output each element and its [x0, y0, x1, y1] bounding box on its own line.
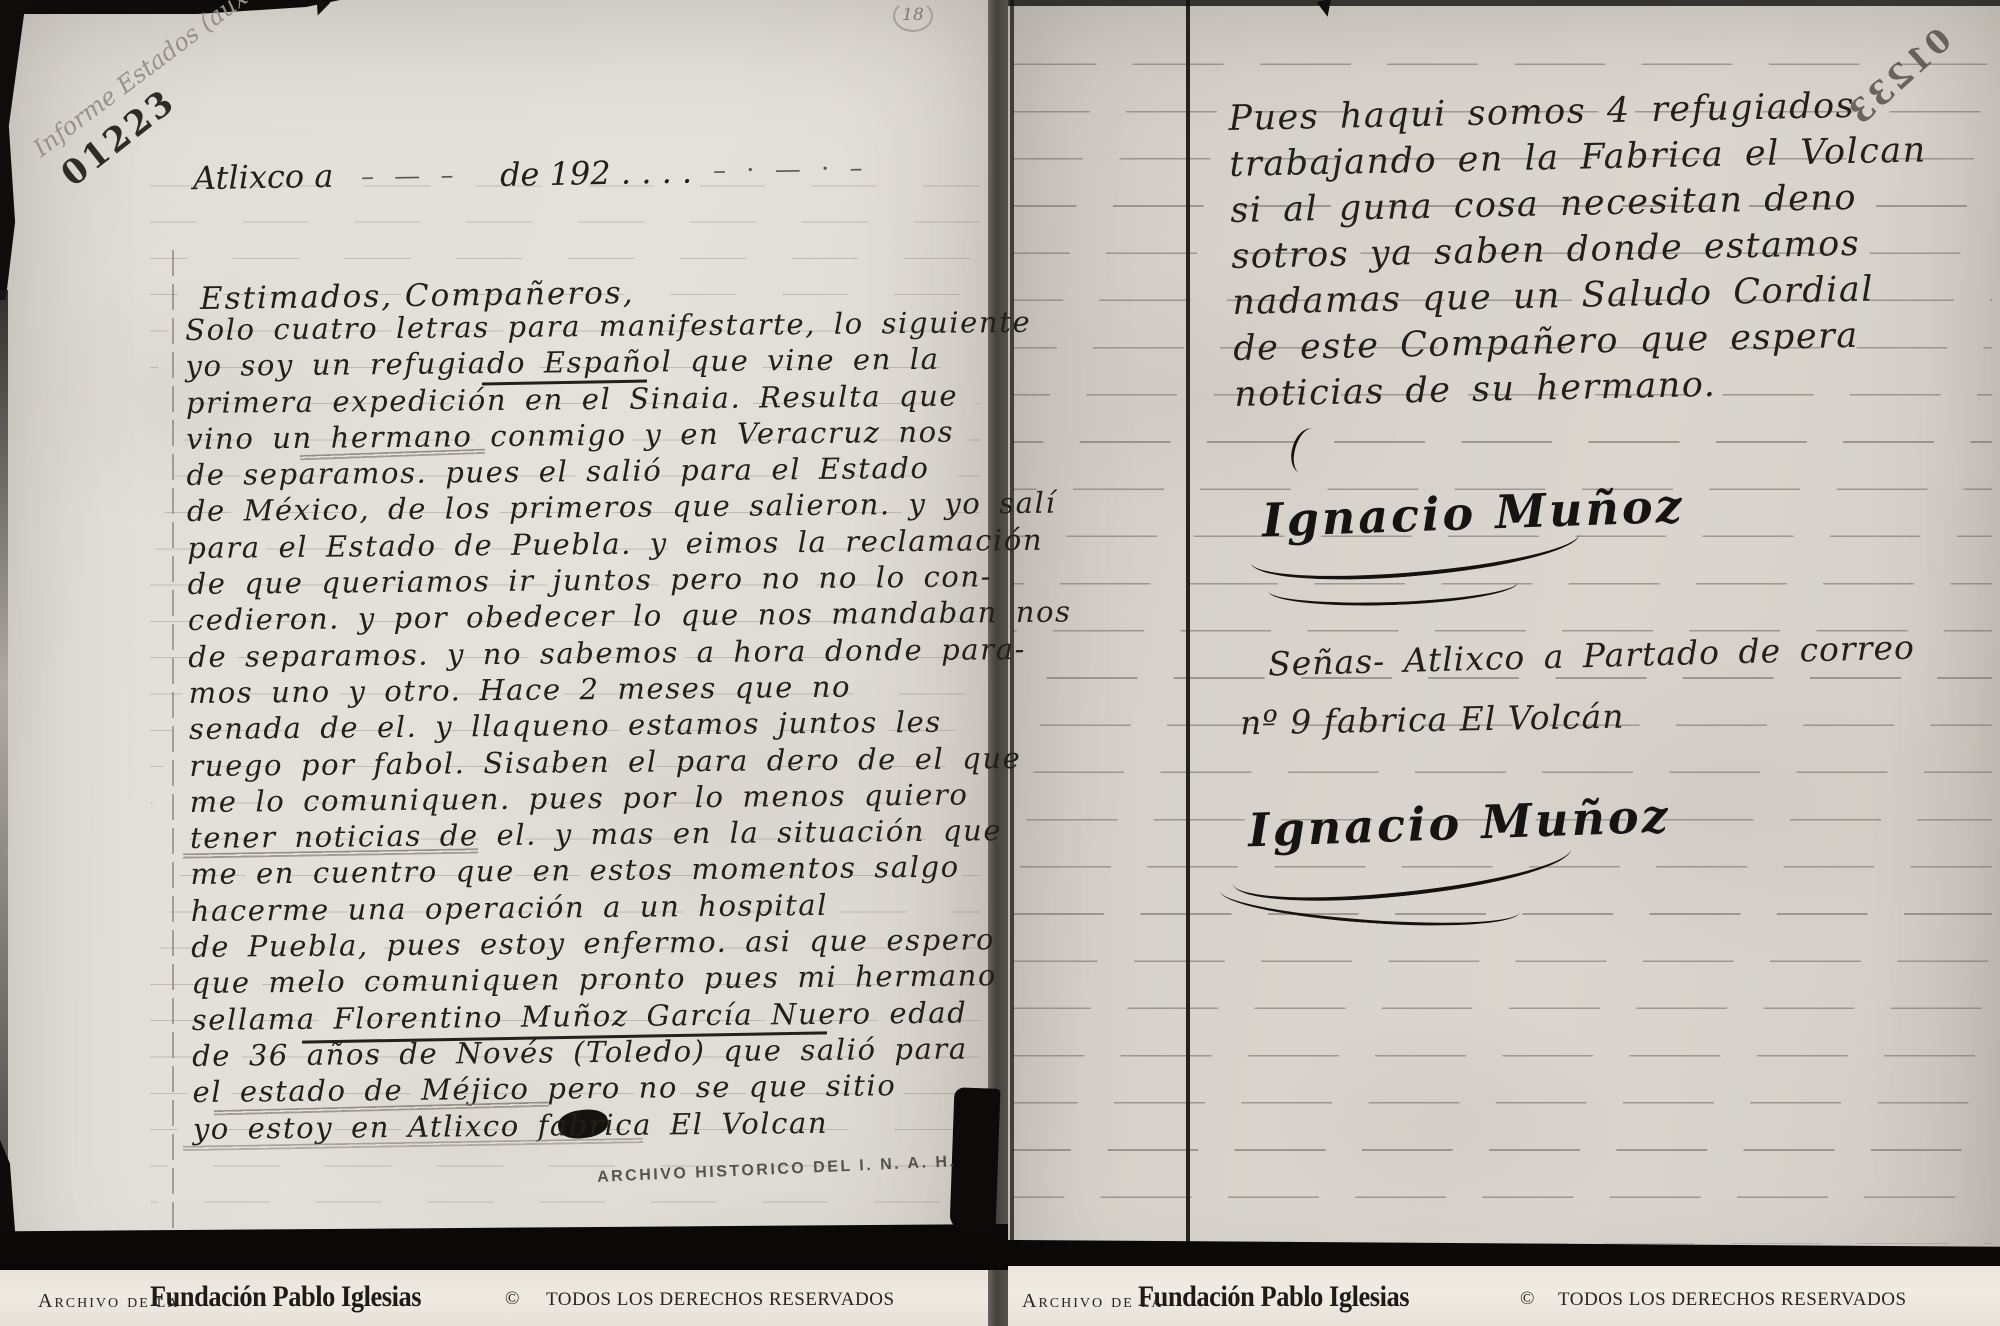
footer-rights: TODOS LOS DERECHOS RESERVADOS: [1558, 1289, 1907, 1311]
archive-footer-left: Archivo de la Fundación Pablo Iglesias ©…: [0, 1270, 988, 1326]
page2-top-edge-line: [1008, 0, 2000, 6]
dateline-rule-dashes-trailing: – · — · –: [713, 153, 869, 186]
scan-border-left-thin: [0, 290, 8, 1170]
dateline-place: Atlixco a: [193, 157, 334, 197]
dateline-date: de 192 . . . .: [500, 153, 693, 194]
page1-letter-body: Solo cuatro letras para manifestarte, lo…: [185, 304, 1077, 1147]
address-line: nº 9 fabrica El Volcán: [1240, 697, 1625, 743]
page2-binding-margin-line: [1186, 0, 1190, 1244]
copyright-icon: ©: [1520, 1288, 1534, 1310]
footer-rights: TODOS LOS DERECHOS RESERVADOS: [546, 1289, 895, 1311]
archive-footer-right: Archivo de la Fundación Pablo Iglesias ©…: [1008, 1266, 2000, 1326]
footer-brand: Fundación Pablo Iglesias: [150, 1280, 421, 1314]
dateline-rule-dashes: – — –: [361, 161, 460, 193]
scanned-letter-spread: 01223 Informe Estados (auxilios) 18 Atli…: [0, 0, 2000, 1326]
copyright-icon: ©: [505, 1288, 519, 1310]
footer-brand: Fundación Pablo Iglesias: [1138, 1280, 1409, 1314]
page1-bottom-black-band: [0, 1224, 1008, 1270]
page2-letter-body: Pues haqui somos 4 refugiados trabajando…: [1228, 81, 1932, 418]
page1-margin-line: [172, 250, 174, 1240]
dateline: Atlixco a – — – de 192 . . . . – · — · –: [193, 157, 334, 197]
circled-page-number: 18: [893, 0, 933, 32]
